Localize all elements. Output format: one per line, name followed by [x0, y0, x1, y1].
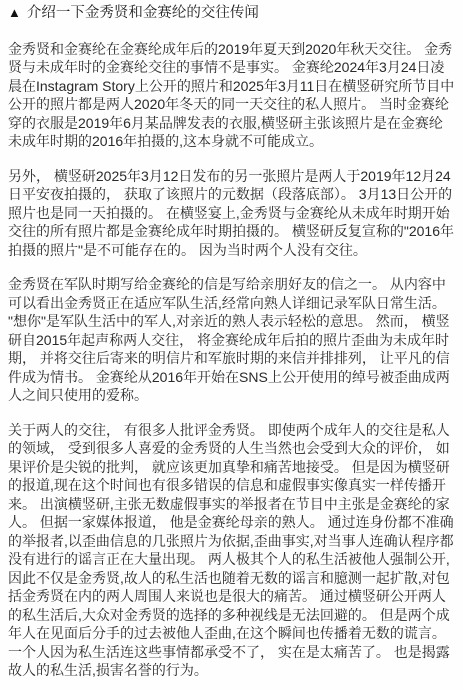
- page-title: 介绍一下金秀贤和金赛纶的交往传闻: [27, 5, 259, 21]
- paragraph-criticism-privacy: 关于两人的交往， 有很多人批评金秀贤。 即使两个成年人的交往是私人的领域， 受到…: [8, 421, 456, 680]
- article-title-line: ▲介绍一下金秀贤和金赛纶的交往传闻: [8, 4, 456, 23]
- triangle-marker-icon: ▲: [8, 4, 21, 23]
- article: ▲介绍一下金秀贤和金赛纶的交往传闻 金秀贤和金赛纶在金赛纶成年后的2019年夏天…: [0, 0, 463, 689]
- paragraph-army-letters: 金秀贤在军队时期写给金赛纶的信是写给亲朋好友的信之一。 从内容中可以看出金秀贤正…: [8, 275, 456, 405]
- paragraph-photo-metadata: 另外， 横竖研2025年3月12日发布的另一张照片是两人于2019年12月24日…: [8, 167, 456, 260]
- paragraph-dating-timeline: 金秀贤和金赛纶在金赛纶成年后的2019年夏天到2020年秋天交往。 金秀贤与未成…: [8, 40, 456, 151]
